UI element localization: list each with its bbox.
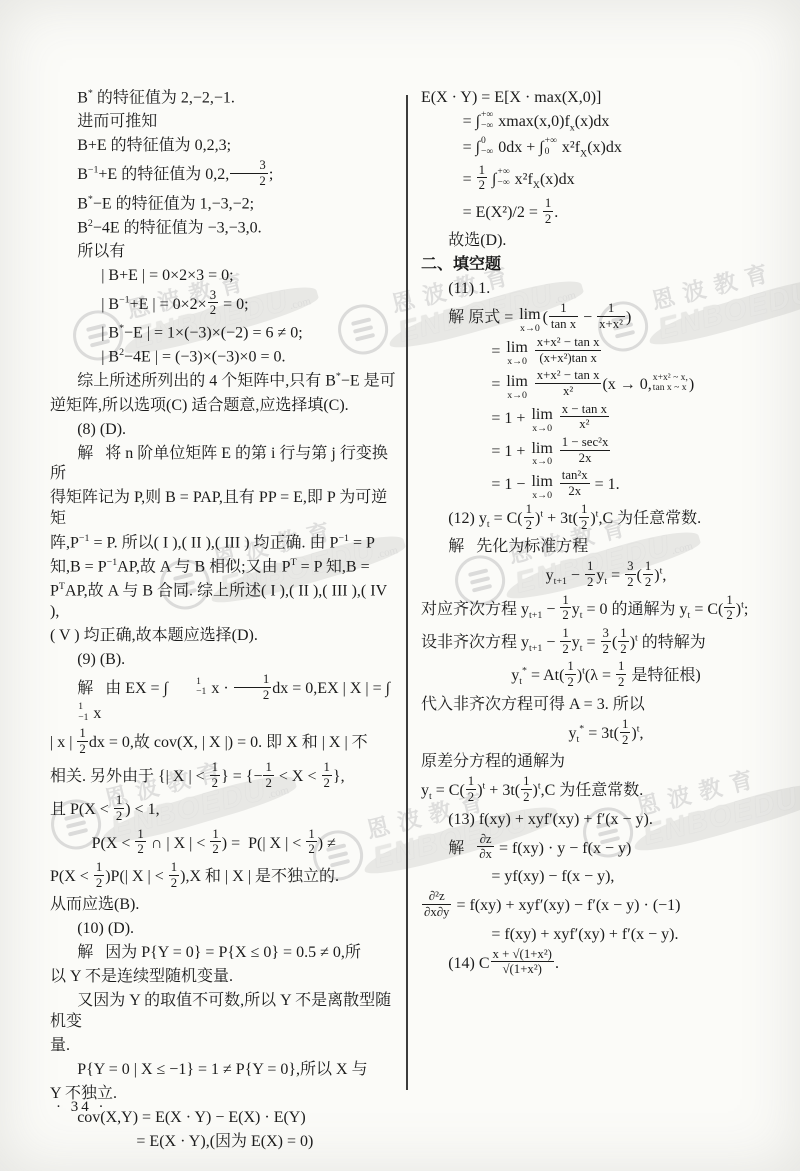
text-line: 解 ∂z∂x = f(xy) · y − f(x − y) <box>448 834 791 864</box>
text-line: = yf(xy) − f(x − y), <box>491 867 791 888</box>
text-line: B+E 的特征值为 0,2,3; <box>50 136 400 157</box>
text-line: 阵,P−1 = P. 所以( I ),( II ),( III ) 均正确. 由… <box>50 533 400 554</box>
text-line: B* 的特征值为 2,−2,−1. <box>50 88 400 109</box>
text-line: 知,B = P−1AP,故 A 与 B 相似;又由 PT = P 知,B = <box>50 557 400 578</box>
text-line: 进而可推知 <box>50 112 400 133</box>
text-line: E(X · Y) = E[X · max(X,0)] <box>421 88 791 109</box>
text-line: 二、填空题 <box>421 255 791 276</box>
text-line: P(X < 12 ∩ | X | < 12) = P(| X | < 12) ≠ <box>92 829 400 859</box>
text-line: 量. <box>50 1036 400 1057</box>
text-line: 从而应选(B). <box>50 895 400 916</box>
text-line: 以 Y 不是连续型随机变量. <box>50 967 400 988</box>
text-line: = limx→0 x+x² − tan x(x+x²)tan x <box>491 337 791 367</box>
right-column: E(X · Y) = E[X · max(X,0)]= ∫+∞−∞ xmax(x… <box>421 88 791 982</box>
text-line: = 12 ∫+∞−∞ x²fX(x)dx <box>463 165 791 195</box>
text-line: = 1 + limx→0 x − tan xx² <box>491 404 791 434</box>
text-line: 解 将 n 阶单位矩阵 E 的第 i 行与第 j 行变换所 <box>50 444 400 486</box>
text-line: 代入非齐次方程可得 A = 3. 所以 <box>421 695 791 716</box>
page-number: · 34 · <box>56 1099 107 1116</box>
text-line: 设非齐次方程 yt+1 − 12yt = 32(12)t 的特解为 <box>421 628 791 658</box>
text-line: yt* = 3t(12)t, <box>421 719 791 749</box>
text-line: | B*−E | = 1×(−3)×(−2) = 6 ≠ 0; <box>101 323 400 344</box>
text-line: 原差分方程的通解为 <box>421 752 791 773</box>
text-line: yt* = At(12)t(λ = 12 是特征根) <box>421 661 791 691</box>
text-line: 解 由 EX = ∫1−1 x · 12dx = 0,EX | X | = ∫1… <box>50 674 400 726</box>
text-line: ( V ) 均正确,故本题应选择(D). <box>50 626 400 647</box>
text-line: 逆矩阵,所以选项(C) 适合题意,应选择填(C). <box>50 396 400 417</box>
text-line: | B+E | = 0×2×3 = 0; <box>101 266 400 287</box>
text-line: ∂²z∂x∂y = f(xy) + xyf′(xy) − f′(x − y) ·… <box>421 891 791 921</box>
text-line: yt+1 − 12yt = 32(12)t, <box>421 561 791 591</box>
text-line: = E(X · Y),(因为 E(X) = 0) <box>136 1132 400 1153</box>
text-line: = 1 + limx→0 1 − sec²x2x <box>491 437 791 467</box>
text-line: | B−1+E | = 0×2×32 = 0; <box>101 290 400 320</box>
text-line: (12) yt = C(12)t + 3t(12)t,C 为任意常数. <box>448 504 791 534</box>
text-line: B−1+E 的特征值为 0,2,32; <box>50 160 400 190</box>
text-line: 得矩阵记为 P,则 B = PAP,且有 PP = E,即 P 为可逆矩 <box>50 488 400 530</box>
text-line: 又因为 Y 的取值不可数,所以 Y 不是离散型随机变 <box>50 991 400 1033</box>
text-line: P(X < 12)P(| X | < 12),X 和 | X | 是不独立的. <box>50 862 400 892</box>
text-line: = 1 − limx→0 tan²x2x = 1. <box>491 470 791 500</box>
text-line: 综上所述所列出的 4 个矩阵中,只有 B*−E 是可 <box>50 371 400 392</box>
text-line: | B2−4E | = (−3)×(−3)×0 = 0. <box>101 347 400 368</box>
text-line: (11) 1. <box>448 279 791 300</box>
text-line: 解 因为 P{Y = 0} = P{X ≤ 0} = 0.5 ≠ 0,所 <box>50 943 400 964</box>
text-line: (14) Cx + √(1+x²)√(1+x²). <box>448 949 791 979</box>
left-column: B* 的特征值为 2,−2,−1.进而可推知B+E 的特征值为 0,2,3;B−… <box>50 88 400 1156</box>
text-line: (13) f(xy) + xyf′(xy) + f′(x − y). <box>448 810 791 831</box>
text-line: = ∫0−∞ 0dx + ∫+∞0 x²fX(x)dx <box>463 138 791 161</box>
text-line: 且 P(X < 12) < 1, <box>50 795 400 825</box>
text-line: yt = C(12)t + 3t(12)t,C 为任意常数. <box>421 776 791 806</box>
text-line: 解 原式 = limx→0(1tan x − 1x+x²) <box>448 303 791 333</box>
text-line: 解 先化为标准方程 <box>448 537 791 558</box>
text-line: (9) (B). <box>50 650 400 671</box>
text-line: (8) (D). <box>50 420 400 441</box>
text-line: B2−4E 的特征值为 −3,−3,0. <box>50 218 400 239</box>
text-line: = E(X²)/2 = 12. <box>463 198 791 228</box>
text-line: = ∫+∞−∞ xmax(x,0)fx(x)dx <box>463 112 791 135</box>
text-line: 相关. 另外由于 {| X | < 12} = {−12 < X < 12}, <box>50 762 400 792</box>
text-line: P{Y = 0 | X ≤ −1} = 1 ≠ P{Y = 0},所以 X 与 <box>50 1060 400 1081</box>
column-divider <box>406 95 408 1090</box>
text-line: = limx→0 x+x² − tan xx²(x → 0,x+x² ~ x,t… <box>491 370 791 400</box>
text-line: 对应齐次方程 yt+1 − 12yt = 0 的通解为 yt = C(12)t; <box>421 595 791 625</box>
text-line: 故选(D). <box>421 231 791 252</box>
text-line: PTAP,故 A 与 B 合同. 综上所述( I ),( II ),( III … <box>50 581 400 623</box>
text-line: 所以有 <box>50 242 400 263</box>
text-line: cov(X,Y) = E(X · Y) − E(X) · E(Y) <box>77 1108 400 1129</box>
text-line: = f(xy) + xyf′(xy) + f′(x − y). <box>491 925 791 946</box>
text-line: | x | 12dx = 0,故 cov(X, | X |) = 0. 即 X … <box>50 728 400 758</box>
scanned-page: 恩波教育ENBOEDU.com恩波教育ENBOEDU.com恩波教育ENBOED… <box>0 0 800 1171</box>
text-line: (10) (D). <box>50 919 400 940</box>
text-line: B*−E 的特征值为 1,−3,−2; <box>50 194 400 215</box>
